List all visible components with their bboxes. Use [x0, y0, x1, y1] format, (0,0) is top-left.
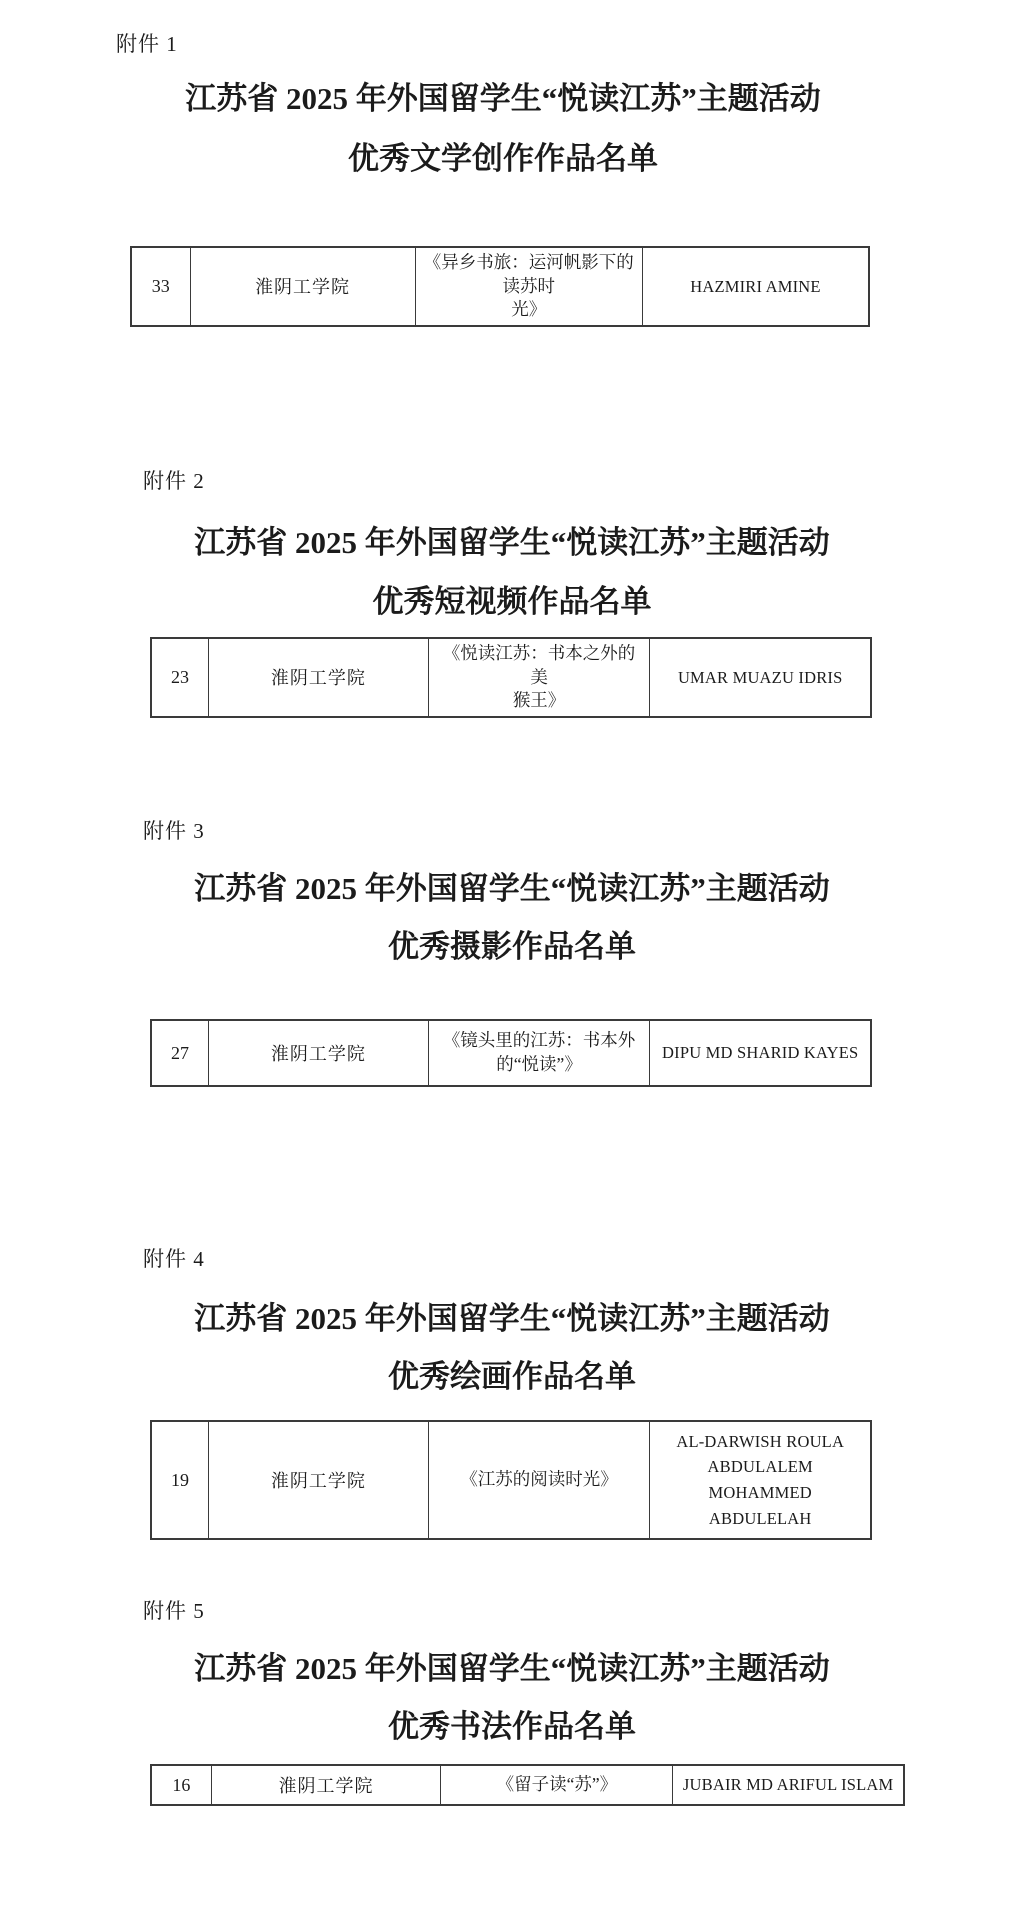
student-name-cell: HAZMIRI AMINE — [642, 247, 869, 326]
table-row: 27 淮阴工学院 《镜头里的江苏：书本外 的“悦读”》 DIPU MD SHAR… — [151, 1020, 871, 1086]
attachment-label: 附件 1 — [116, 28, 178, 58]
work-title-cell: 《异乡书旅：运河帆影下的读苏时 光》 — [415, 247, 642, 326]
table-row: 16 淮阴工学院 《留子读“苏”》 JUBAIR MD ARIFUL ISLAM — [151, 1765, 904, 1805]
student-name-cell: AL-DARWISH ROULA ABDULALEM MOHAMMED ABDU… — [650, 1421, 871, 1539]
awards-table: 33 淮阴工学院 《异乡书旅：运河帆影下的读苏时 光》 HAZMIRI AMIN… — [130, 246, 870, 327]
section-subtitle: 优秀短视频作品名单 — [0, 576, 1024, 621]
section-title: 江苏省 2025 年外国留学生“悦读江苏”主题活动 — [0, 73, 1015, 118]
student-name-cell: DIPU MD SHARID KAYES — [650, 1020, 871, 1086]
awards-table: 27 淮阴工学院 《镜头里的江苏：书本外 的“悦读”》 DIPU MD SHAR… — [150, 1019, 872, 1087]
section-subtitle: 优秀文学创作作品名单 — [0, 133, 1015, 178]
attachment-section-4: 附件 4 江苏省 2025 年外国留学生“悦读江苏”主题活动 优秀绘画作品名单 … — [0, 1243, 1024, 1543]
document-page: { "page": { "background_color": "#ffffff… — [0, 0, 1024, 1918]
attachment-section-2: 附件 2 江苏省 2025 年外国留学生“悦读江苏”主题活动 优秀短视频作品名单… — [0, 465, 1024, 725]
student-name-cell: JUBAIR MD ARIFUL ISLAM — [673, 1765, 904, 1805]
row-number-cell: 33 — [131, 247, 190, 326]
work-title-cell: 《镜头里的江苏：书本外 的“悦读”》 — [428, 1020, 650, 1086]
table-row: 33 淮阴工学院 《异乡书旅：运河帆影下的读苏时 光》 HAZMIRI AMIN… — [131, 247, 869, 326]
attachment-section-1: 附件 1 江苏省 2025 年外国留学生“悦读江苏”主题活动 优秀文学创作作品名… — [0, 28, 1024, 328]
row-number-cell: 27 — [151, 1020, 209, 1086]
attachment-label: 附件 4 — [143, 1243, 205, 1273]
attachment-label: 附件 5 — [143, 1595, 205, 1625]
school-cell: 淮阴工学院 — [209, 1020, 429, 1086]
table-row: 19 淮阴工学院 《江苏的阅读时光》 AL-DARWISH ROULA ABDU… — [151, 1421, 871, 1539]
section-title: 江苏省 2025 年外国留学生“悦读江苏”主题活动 — [0, 517, 1024, 562]
row-number-cell: 23 — [151, 638, 209, 717]
table-row: 23 淮阴工学院 《悦读江苏：书本之外的美 猴王》 UMAR MUAZU IDR… — [151, 638, 871, 717]
awards-table: 19 淮阴工学院 《江苏的阅读时光》 AL-DARWISH ROULA ABDU… — [150, 1420, 872, 1540]
attachment-section-3: 附件 3 江苏省 2025 年外国留学生“悦读江苏”主题活动 优秀摄影作品名单 … — [0, 815, 1024, 1105]
section-title: 江苏省 2025 年外国留学生“悦读江苏”主题活动 — [0, 863, 1024, 908]
work-title-cell: 《留子读“苏”》 — [441, 1765, 673, 1805]
student-name-cell: UMAR MUAZU IDRIS — [650, 638, 871, 717]
attachment-section-5: 附件 5 江苏省 2025 年外国留学生“悦读江苏”主题活动 优秀书法作品名单 … — [0, 1595, 1024, 1815]
section-subtitle: 优秀绘画作品名单 — [0, 1351, 1024, 1396]
section-title: 江苏省 2025 年外国留学生“悦读江苏”主题活动 — [0, 1643, 1024, 1688]
attachment-label: 附件 2 — [143, 465, 205, 495]
school-cell: 淮阴工学院 — [190, 247, 415, 326]
school-cell: 淮阴工学院 — [209, 638, 429, 717]
section-subtitle: 优秀摄影作品名单 — [0, 921, 1024, 966]
school-cell: 淮阴工学院 — [209, 1421, 429, 1539]
awards-table: 23 淮阴工学院 《悦读江苏：书本之外的美 猴王》 UMAR MUAZU IDR… — [150, 637, 872, 718]
row-number-cell: 16 — [151, 1765, 211, 1805]
school-cell: 淮阴工学院 — [211, 1765, 441, 1805]
work-title-cell: 《江苏的阅读时光》 — [428, 1421, 650, 1539]
row-number-cell: 19 — [151, 1421, 209, 1539]
awards-table: 16 淮阴工学院 《留子读“苏”》 JUBAIR MD ARIFUL ISLAM — [150, 1764, 905, 1806]
attachment-label: 附件 3 — [143, 815, 205, 845]
section-title: 江苏省 2025 年外国留学生“悦读江苏”主题活动 — [0, 1293, 1024, 1338]
work-title-cell: 《悦读江苏：书本之外的美 猴王》 — [428, 638, 650, 717]
section-subtitle: 优秀书法作品名单 — [0, 1701, 1024, 1746]
